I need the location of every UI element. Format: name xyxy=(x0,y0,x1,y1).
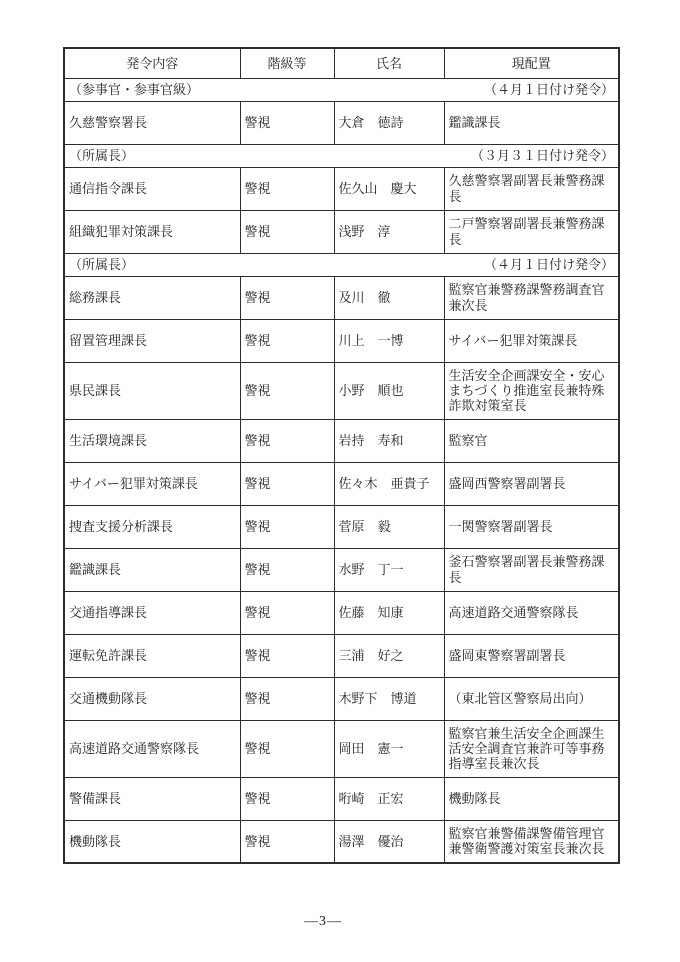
section-label: （所属長） xyxy=(69,148,134,163)
cell-rank: 警視 xyxy=(240,319,334,362)
cell-rank: 警視 xyxy=(240,167,334,210)
header-rank: 階級等 xyxy=(240,48,334,78)
cell-current: サイバー犯罪対策課長 xyxy=(444,319,619,362)
cell-rank: 警視 xyxy=(240,419,334,462)
cell-assignment: 交通機動隊長 xyxy=(64,677,240,720)
table-row: 久慈警察署長 警視 大倉 徳詩 鑑識課長 xyxy=(64,101,619,144)
cell-rank: 警視 xyxy=(240,101,334,144)
cell-rank: 警視 xyxy=(240,777,334,820)
page-number: ―3― xyxy=(63,914,583,930)
cell-current: 機動隊長 xyxy=(444,777,619,820)
cell-rank: 警視 xyxy=(240,720,334,777)
cell-current: （東北管区警察局出向） xyxy=(444,677,619,720)
table-row: 鑑識課長 警視 水野 丁一 釜石警察署副署長兼警務課長 xyxy=(64,548,619,591)
cell-assignment: 鑑識課長 xyxy=(64,548,240,591)
cell-name: 佐藤 知康 xyxy=(334,591,444,634)
header-name: 氏名 xyxy=(334,48,444,78)
table-header: 発令内容 階級等 氏名 現配置 xyxy=(64,48,619,78)
cell-current: 高速道路交通警察隊長 xyxy=(444,591,619,634)
cell-name: 哘崎 正宏 xyxy=(334,777,444,820)
cell-name: 大倉 徳詩 xyxy=(334,101,444,144)
cell-current: 監察官 xyxy=(444,419,619,462)
cell-name: 及川 徹 xyxy=(334,276,444,319)
cell-assignment: 県民課長 xyxy=(64,362,240,419)
cell-rank: 警視 xyxy=(240,462,334,505)
section-cell: （参事官・参事官級） （４月１日付け発令） xyxy=(64,78,619,101)
section-row: （所属長） （３月３１日付け発令） xyxy=(64,144,619,167)
table-row: サイバー犯罪対策課長 警視 佐々木 亜貴子 盛岡西警察署副署長 xyxy=(64,462,619,505)
cell-assignment: 生活環境課長 xyxy=(64,419,240,462)
cell-assignment: 交通指導課長 xyxy=(64,591,240,634)
section-label: （所属長） xyxy=(69,257,134,272)
header-current-post: 現配置 xyxy=(444,48,619,78)
cell-name: 湯澤 優治 xyxy=(334,820,444,863)
cell-assignment: 組織犯罪対策課長 xyxy=(64,210,240,253)
table-row: 機動隊長 警視 湯澤 優治 監察官兼警備課警備管理官兼警衛警護対策室長兼次長 xyxy=(64,820,619,863)
cell-assignment: 機動隊長 xyxy=(64,820,240,863)
cell-name: 川上 一博 xyxy=(334,319,444,362)
cell-assignment: サイバー犯罪対策課長 xyxy=(64,462,240,505)
cell-name: 菅原 毅 xyxy=(334,505,444,548)
cell-rank: 警視 xyxy=(240,591,334,634)
cell-name: 佐々木 亜貴子 xyxy=(334,462,444,505)
cell-assignment: 久慈警察署長 xyxy=(64,101,240,144)
table-row: 交通機動隊長 警視 木野下 博道 （東北管区警察局出向） xyxy=(64,677,619,720)
cell-name: 三浦 好之 xyxy=(334,634,444,677)
cell-assignment: 運転免許課長 xyxy=(64,634,240,677)
table-row: 総務課長 警視 及川 徹 監察官兼警務課警務調査官兼次長 xyxy=(64,276,619,319)
cell-rank: 警視 xyxy=(240,210,334,253)
cell-assignment: 総務課長 xyxy=(64,276,240,319)
section-label: （参事官・参事官級） xyxy=(69,82,199,97)
cell-rank: 警視 xyxy=(240,820,334,863)
section-effective-date: （４月１日付け発令） xyxy=(484,257,614,272)
cell-rank: 警視 xyxy=(240,548,334,591)
cell-assignment: 警備課長 xyxy=(64,777,240,820)
cell-assignment: 高速道路交通警察隊長 xyxy=(64,720,240,777)
cell-current: 盛岡西警察署副署長 xyxy=(444,462,619,505)
appointments-table: 発令内容 階級等 氏名 現配置 （参事官・参事官級） （４月１日付け発令） 久慈… xyxy=(63,47,620,864)
cell-current: 久慈警察署副署長兼警務課長 xyxy=(444,167,619,210)
section-effective-date: （４月１日付け発令） xyxy=(484,82,614,97)
section-cell: （所属長） （３月３１日付け発令） xyxy=(64,144,619,167)
cell-rank: 警視 xyxy=(240,634,334,677)
cell-rank: 警視 xyxy=(240,677,334,720)
table-row: 通信指令課長 警視 佐久山 慶大 久慈警察署副署長兼警務課長 xyxy=(64,167,619,210)
cell-current: 一関警察署副署長 xyxy=(444,505,619,548)
header-assignment: 発令内容 xyxy=(64,48,240,78)
table-row: 交通指導課長 警視 佐藤 知康 高速道路交通警察隊長 xyxy=(64,591,619,634)
cell-current: 釜石警察署副署長兼警務課長 xyxy=(444,548,619,591)
table-row: 組織犯罪対策課長 警視 浅野 淳 二戸警察署副署長兼警務課長 xyxy=(64,210,619,253)
cell-name: 浅野 淳 xyxy=(334,210,444,253)
cell-rank: 警視 xyxy=(240,362,334,419)
section-row: （所属長） （４月１日付け発令） xyxy=(64,253,619,276)
document-page: 発令内容 階級等 氏名 現配置 （参事官・参事官級） （４月１日付け発令） 久慈… xyxy=(0,0,680,962)
table-row: 運転免許課長 警視 三浦 好之 盛岡東警察署副署長 xyxy=(64,634,619,677)
table-body: （参事官・参事官級） （４月１日付け発令） 久慈警察署長 警視 大倉 徳詩 鑑識… xyxy=(64,78,619,863)
cell-name: 木野下 博道 xyxy=(334,677,444,720)
table-row: 生活環境課長 警視 岩持 寿和 監察官 xyxy=(64,419,619,462)
cell-rank: 警視 xyxy=(240,505,334,548)
cell-assignment: 捜査支援分析課長 xyxy=(64,505,240,548)
cell-name: 岩持 寿和 xyxy=(334,419,444,462)
header-row: 発令内容 階級等 氏名 現配置 xyxy=(64,48,619,78)
table-row: 警備課長 警視 哘崎 正宏 機動隊長 xyxy=(64,777,619,820)
cell-rank: 警視 xyxy=(240,276,334,319)
cell-name: 小野 順也 xyxy=(334,362,444,419)
cell-name: 岡田 憲一 xyxy=(334,720,444,777)
cell-current: 監察官兼生活安全企画課生活安全調査官兼許可等事務指導室長兼次長 xyxy=(444,720,619,777)
cell-name: 佐久山 慶大 xyxy=(334,167,444,210)
cell-name: 水野 丁一 xyxy=(334,548,444,591)
section-row: （参事官・参事官級） （４月１日付け発令） xyxy=(64,78,619,101)
cell-assignment: 通信指令課長 xyxy=(64,167,240,210)
cell-current: 生活安全企画課安全・安心まちづくり推進室長兼特殊詐欺対策室長 xyxy=(444,362,619,419)
cell-current: 盛岡東警察署副署長 xyxy=(444,634,619,677)
cell-current: 鑑識課長 xyxy=(444,101,619,144)
cell-assignment: 留置管理課長 xyxy=(64,319,240,362)
table-row: 高速道路交通警察隊長 警視 岡田 憲一 監察官兼生活安全企画課生活安全調査官兼許… xyxy=(64,720,619,777)
table-row: 留置管理課長 警視 川上 一博 サイバー犯罪対策課長 xyxy=(64,319,619,362)
cell-current: 監察官兼警備課警備管理官兼警衛警護対策室長兼次長 xyxy=(444,820,619,863)
table-row: 県民課長 警視 小野 順也 生活安全企画課安全・安心まちづくり推進室長兼特殊詐欺… xyxy=(64,362,619,419)
section-cell: （所属長） （４月１日付け発令） xyxy=(64,253,619,276)
cell-current: 二戸警察署副署長兼警務課長 xyxy=(444,210,619,253)
section-effective-date: （３月３１日付け発令） xyxy=(471,148,614,163)
table-row: 捜査支援分析課長 警視 菅原 毅 一関警察署副署長 xyxy=(64,505,619,548)
cell-current: 監察官兼警務課警務調査官兼次長 xyxy=(444,276,619,319)
